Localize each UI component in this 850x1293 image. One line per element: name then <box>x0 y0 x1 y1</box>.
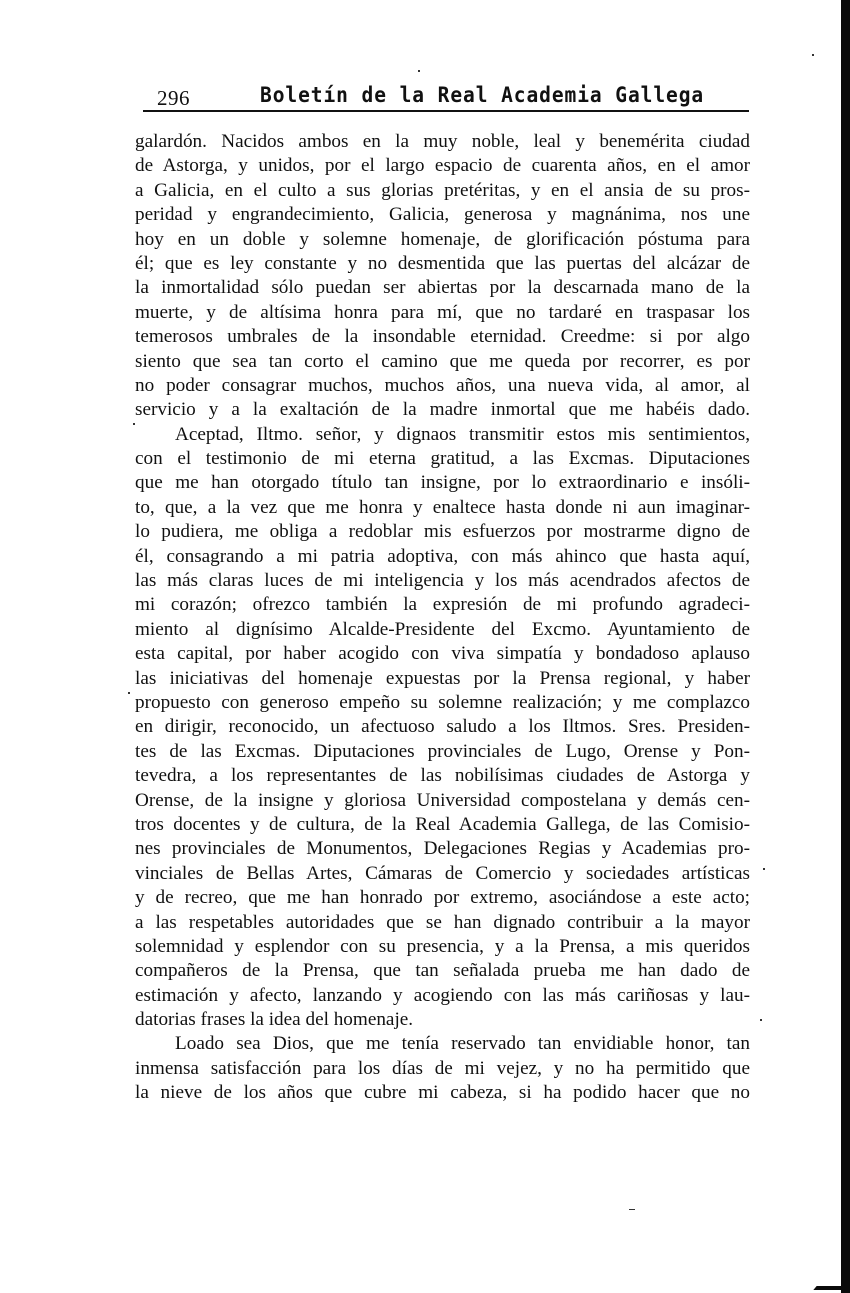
text-line: galardón. Nacidos ambos en la muy noble,… <box>135 130 750 154</box>
text-line: la nieve de los años que cubre mi cabeza… <box>135 1081 750 1105</box>
text-line: estimación y afecto, lanzando y acogiend… <box>135 984 750 1008</box>
header-rule <box>143 110 749 112</box>
paragraph-start-line: Aceptad, Iltmo. señor, y dignaos transmi… <box>135 423 750 447</box>
text-line: Orense, de la insigne y gloriosa Univers… <box>135 789 750 813</box>
text-line: tevedra, a los representantes de las nob… <box>135 764 750 788</box>
scanned-page: 296 Boletín de la Real Academia Gallega … <box>0 0 850 1293</box>
scan-page-edge <box>841 0 850 1293</box>
text-line: tros docentes y de cultura, de la Real A… <box>135 813 750 837</box>
text-line: las más claras luces de mi inteligencia … <box>135 569 750 593</box>
text-line: peridad y engrandecimiento, Galicia, gen… <box>135 203 750 227</box>
text-line: y de recreo, que me han honrado por extr… <box>135 886 750 910</box>
text-line: lo pudiera, me obliga a redoblar mis esf… <box>135 520 750 544</box>
running-head: 296 Boletín de la Real Academia Gallega <box>143 80 749 110</box>
scan-speck <box>133 423 135 425</box>
text-line: él, consagrando a mi patria adoptiva, co… <box>135 545 750 569</box>
paragraph-start-line: Loado sea Dios, que me tenía reservado t… <box>135 1032 750 1056</box>
text-line: muerte, y de altísima honra para mí, que… <box>135 301 750 325</box>
text-line: con el testimonio de mi eterna gratitud,… <box>135 447 750 471</box>
scan-page-edge-corner <box>813 1286 846 1290</box>
body-text: galardón. Nacidos ambos en la muy noble,… <box>135 130 750 1106</box>
text-line: las iniciativas del homenaje expuestas p… <box>135 667 750 691</box>
text-line: de Astorga, y unidos, por el largo espac… <box>135 154 750 178</box>
text-line: siento que sea tan corto el camino que m… <box>135 350 750 374</box>
text-line: solemnidad y esplendor con su presencia,… <box>135 935 750 959</box>
scan-speck <box>418 70 420 72</box>
text-line: vinciales de Bellas Artes, Cámaras de Co… <box>135 862 750 886</box>
text-line: esta capital, por haber acogido con viva… <box>135 642 750 666</box>
text-line: compañeros de la Prensa, que tan señalad… <box>135 959 750 983</box>
scan-speck <box>128 692 130 694</box>
text-line: tes de las Excmas. Diputaciones provinci… <box>135 740 750 764</box>
text-line: que me han otorgado título tan insigne, … <box>135 471 750 495</box>
text-line: hoy en un doble y solemne homenaje, de g… <box>135 228 750 252</box>
text-line: propuesto con generoso empeño su solemne… <box>135 691 750 715</box>
scan-speck <box>812 54 814 56</box>
text-line: nes provinciales de Monumentos, Delegaci… <box>135 837 750 861</box>
text-line: en dirigir, reconocido, un afectuoso sal… <box>135 715 750 739</box>
text-line: la inmortalidad sólo puedan ser abiertas… <box>135 276 750 300</box>
scan-speck <box>629 1209 635 1210</box>
scan-speck <box>760 1019 762 1021</box>
text-line: a las respetables autoridades que se han… <box>135 911 750 935</box>
paragraph-end-line: datorias frases la idea del homenaje. <box>135 1008 750 1032</box>
text-line: servicio y a la exaltación de la madre i… <box>135 398 750 422</box>
text-line: a Galicia, en el culto a sus glorias pre… <box>135 179 750 203</box>
text-line: miento al dignísimo Alcalde-Presidente d… <box>135 618 750 642</box>
page-number: 296 <box>157 86 190 111</box>
text-line: no poder consagrar muchos, muchos años, … <box>135 374 750 398</box>
text-line: mi corazón; ofrezco también la expresión… <box>135 593 750 617</box>
text-line: to, que, a la vez que me honra y enaltec… <box>135 496 750 520</box>
journal-title: Boletín de la Real Academia Gallega <box>260 83 704 107</box>
text-line: él; que es ley constante y no desmentida… <box>135 252 750 276</box>
scan-speck <box>763 868 765 870</box>
text-line: inmensa satisfacción para los días de mi… <box>135 1057 750 1081</box>
text-line: temerosos umbrales de la insondable eter… <box>135 325 750 349</box>
